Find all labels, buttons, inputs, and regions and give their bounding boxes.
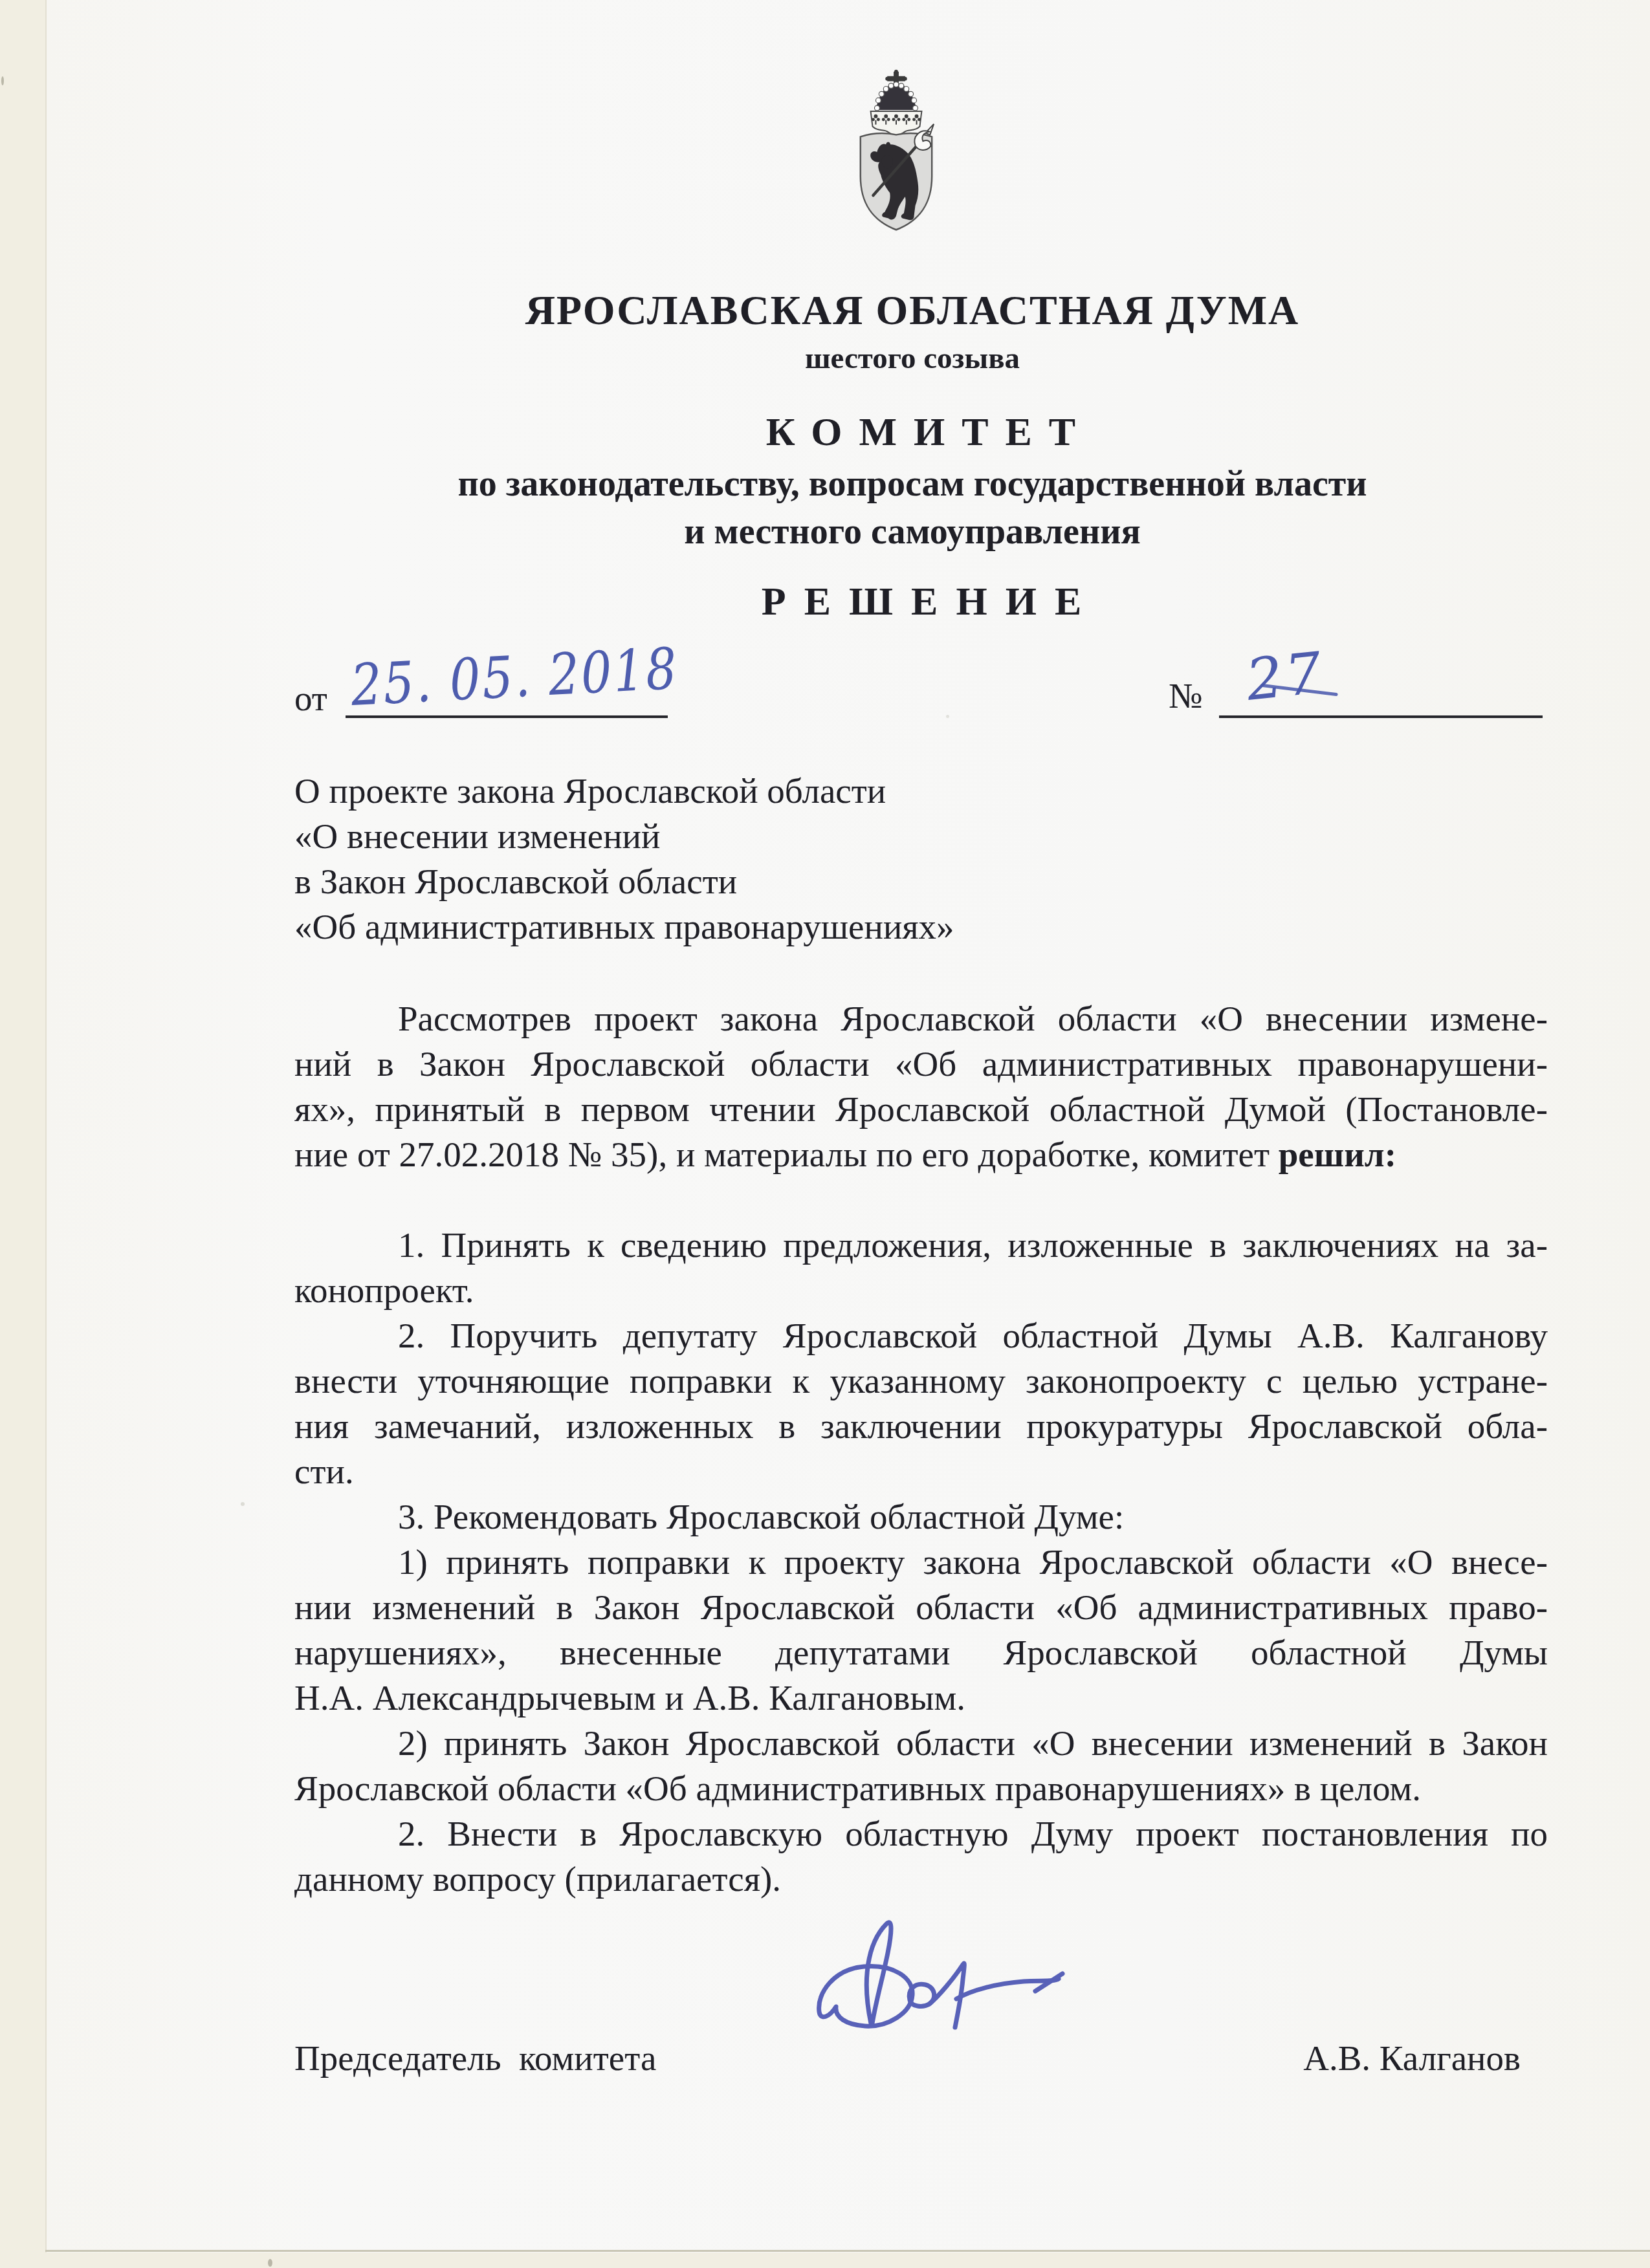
body-line: внести уточняющие поправки к указанному … [294,1358,1548,1404]
body-line: данному вопросу (прилагается). [294,1857,1548,1902]
date-label: от [294,679,327,718]
subject-line: «О внесении изменений [294,814,1265,859]
body-line-text: ние от 27.02.2018 № 35), и материалы по … [294,1135,1279,1174]
body-line: нии изменений в Закон Ярославской област… [294,1585,1548,1630]
body-line: нарушениях», внесенные депутатами Яросла… [294,1630,1548,1675]
signature-stroke-icon [809,1910,1087,2033]
body-line: ние от 27.02.2018 № 35), и материалы по … [294,1132,1548,1177]
body-line: 2. Внести в Ярославскую областную Думу п… [294,1811,1548,1857]
body-line: Рассмотрев проект закона Ярославской обл… [294,996,1548,1041]
body-line: 1) принять поправки к проекту закона Яро… [294,1540,1548,1585]
committee-desc-line1: по законодательству, вопросам государств… [278,461,1546,507]
scan-speck [268,2259,272,2267]
body-line: 3. Рекомендовать Ярославской областной Д… [294,1494,1548,1540]
number-handwritten: 27 [1243,639,1327,714]
signature-position-label: Председатель комитета [294,2038,656,2078]
subject-line: О проекте закона Ярославской области [294,769,1265,814]
scan-speck [946,715,949,718]
paper-bottom-edge [45,2250,1650,2252]
body-line: Н.А. Александрычевым и А.В. Калгановым. [294,1675,1548,1721]
body-line: ях», принятый в первом чтении Ярославско… [294,1087,1548,1132]
body-line: ний в Закон Ярославской области «Об адми… [294,1041,1548,1087]
body-paragraphs: Рассмотрев проект закона Ярославской обл… [294,996,1548,1902]
subject-line: «Об административных правонарушениях» [294,904,1265,950]
signer-name: А.В. Калганов [1303,2038,1521,2078]
number-underline [1219,715,1543,718]
number-label: № [1169,677,1202,715]
body-line: 2) принять Закон Ярославской области «О … [294,1721,1548,1766]
body-line: 2. Поручить депутату Ярославской областн… [294,1313,1548,1358]
scan-speck [1,76,4,85]
body-line: конопроект. [294,1268,1548,1313]
date-underline [346,715,668,718]
subject-block: О проекте закона Ярославской области «О … [294,769,1265,950]
subject-line: в Закон Ярославской области [294,859,1265,904]
body-line: ния замечаний, изложенных в заключении п… [294,1404,1548,1449]
paragraph-gap [294,1177,1548,1223]
body-line: Ярославской области «Об административных… [294,1766,1548,1811]
scan-speck [241,1502,245,1506]
scanned-document-page: ЯРОСЛАВСКАЯ ОБЛАСТНАЯ ДУМА шестого созыв… [0,0,1650,2268]
committee-title: КОМИТЕТ [278,406,1563,458]
body-line-bold-text: решил: [1279,1135,1396,1174]
body-line: сти. [294,1449,1548,1494]
body-line: 1. Принять к сведению предложения, излож… [294,1223,1548,1268]
coat-of-arms-icon [852,69,941,235]
convocation-subtitle: шестого созыва [278,339,1546,378]
committee-desc-line2: и местного самоуправления [278,508,1546,555]
doc-type-title: РЕШЕНИЕ [278,576,1565,627]
org-title: ЯРОСЛАВСКАЯ ОБЛАСТНАЯ ДУМА [278,285,1546,336]
crown-icon [871,70,922,135]
